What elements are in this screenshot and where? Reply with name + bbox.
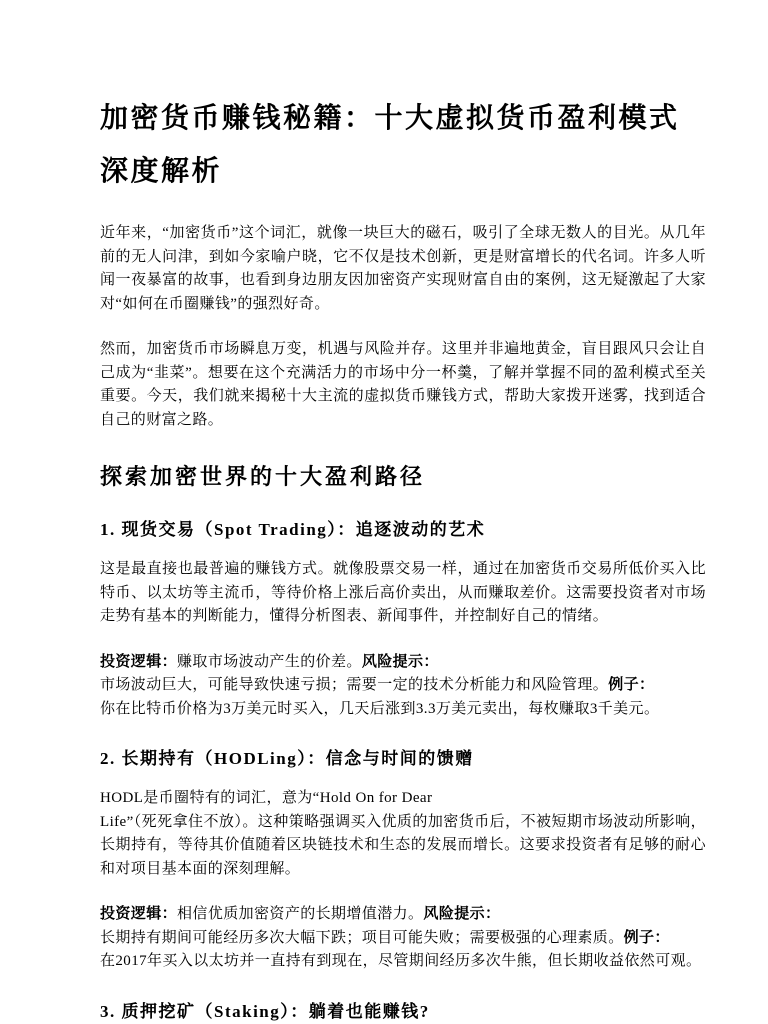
text-run: HODL是币圈特有的词汇，意为“Hold On for Dear: [100, 790, 432, 806]
bold-label: 风险提示：: [423, 906, 500, 922]
text-run: 赚取市场波动产生的价差。: [177, 654, 362, 670]
text-run: 你在比特币价格为3万美元时买入，几天后涨到3.3万美元卖出，每枚赚取3千美元。: [100, 701, 659, 717]
intro-paragraph-1: 近年来，“加密货币”这个词汇，就像一块巨大的磁石，吸引了全球无数人的目光。从几年…: [100, 222, 706, 316]
subsection-2-note: 投资逻辑：相信优质加密资产的长期增值潜力。风险提示：长期持有期间可能经历多次大幅…: [100, 903, 706, 974]
subsection-1-note: 投资逻辑：赚取市场波动产生的价差。风险提示：市场波动巨大，可能导致快速亏损；需要…: [100, 651, 706, 722]
bold-label: 例子：: [624, 930, 670, 946]
subsection-3-heading: 3. 质押挖矿（Staking）：躺着也能赚钱?: [100, 1000, 706, 1024]
text-run: 相信优质加密资产的长期增值潜力。: [177, 906, 423, 922]
subsection-2-heading: 2. 长期持有（HODLing）：信念与时间的馈赠: [100, 747, 706, 771]
document-title: 加密货币赚钱秘籍：十大虚拟货币盈利模式深度解析: [100, 92, 706, 198]
bold-label: 投资逻辑：: [100, 906, 177, 922]
bold-label: 例子：: [608, 677, 654, 693]
subsection-1-heading: 1. 现货交易（Spot Trading）：追逐波动的艺术: [100, 518, 706, 542]
text-run: Life”（死死拿住不放）。这种策略强调买入优质的加密货币后，不被短期市场波动所…: [100, 814, 706, 877]
subsection-2-body: HODL是币圈特有的词汇，意为“Hold On for DearLife”（死死…: [100, 787, 706, 881]
bold-label: 投资逻辑：: [100, 654, 177, 670]
text-run: 在2017年买入以太坊并一直持有到现在，尽管期间经历多次牛熊，但长期收益依然可观…: [100, 953, 701, 969]
section-heading: 探索加密世界的十大盈利路径: [100, 462, 706, 492]
intro-paragraph-2: 然而，加密货币市场瞬息万变，机遇与风险并存。这里并非遍地黄金，盲目跟风只会让自己…: [100, 338, 706, 432]
text-run: 长期持有期间可能经历多次大幅下跌；项目可能失败；需要极强的心理素质。: [100, 930, 624, 946]
subsection-1-body: 这是最直接也最普遍的赚钱方式。就像股票交易一样，通过在加密货币交易所低价买入比特…: [100, 558, 706, 629]
bold-label: 风险提示：: [362, 654, 439, 670]
text-run: 市场波动巨大，可能导致快速亏损；需要一定的技术分析能力和风险管理。: [100, 677, 608, 693]
document-page: 加密货币赚钱秘籍：十大虚拟货币盈利模式深度解析 近年来，“加密货币”这个词汇，就…: [0, 0, 768, 1024]
